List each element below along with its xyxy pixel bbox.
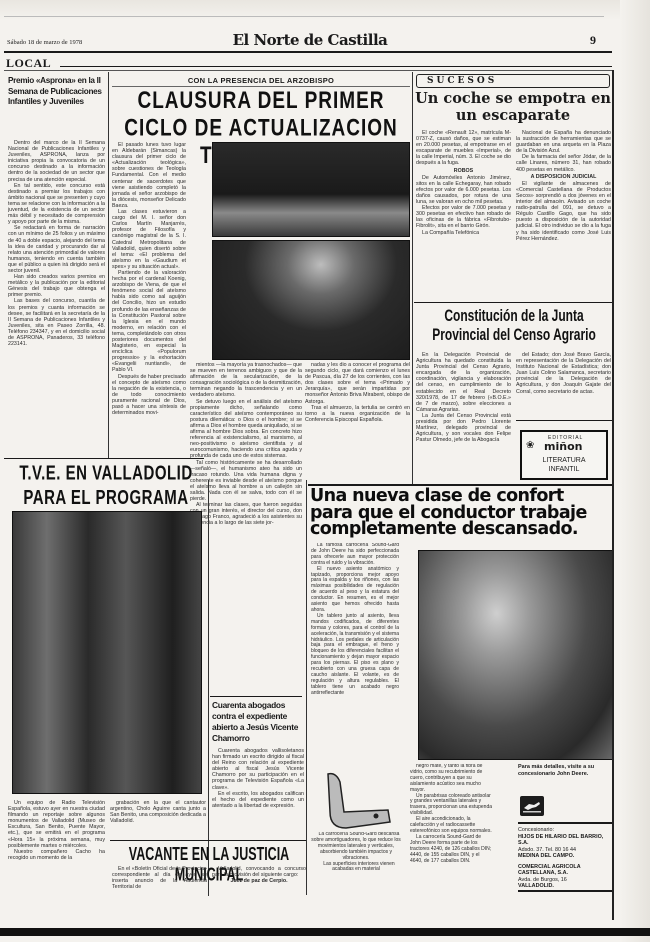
asprona-headline: Premio «Asprona» en la II Semana de Publ… bbox=[8, 76, 106, 108]
vacante-col2: Valladolid, convocando a concurso para l… bbox=[212, 866, 306, 894]
paragraph: La Compañía Telefónica bbox=[416, 230, 511, 236]
section-rule-2 bbox=[4, 70, 612, 71]
paragraph: Se redactará en forma de narración con u… bbox=[8, 225, 105, 274]
johndeere-logo[interactable] bbox=[520, 796, 544, 816]
minon-literatura: LITERATURA bbox=[522, 457, 606, 464]
photo-tve-crew bbox=[12, 511, 202, 794]
paragraph: En la Delegación Provincial de Agricultu… bbox=[416, 352, 511, 413]
paragraph: Las bases del concurso, cuantía de los p… bbox=[8, 298, 105, 347]
paragraph: Partiendo de la valoración hecha por el … bbox=[112, 270, 186, 374]
johndeere-col2: negro mate, y tanto la fibra de vidrio, … bbox=[410, 764, 492, 894]
masthead-date: Sábado 18 de marzo de 1978 bbox=[7, 39, 82, 46]
paragraph: Nacional de España ha denunciado la sust… bbox=[516, 130, 611, 154]
vacante-col1: En el «Boletín Oficial de la Provincia» … bbox=[112, 866, 207, 894]
column-rule bbox=[208, 480, 209, 896]
section-label: LOCAL bbox=[6, 56, 51, 71]
column-rule bbox=[306, 480, 307, 895]
minon-infantil: INFANTIL bbox=[522, 466, 606, 473]
dealer-rule-bottom bbox=[518, 890, 612, 892]
clausura-col2: mientos —la mayoría ya trasnochados— que… bbox=[190, 362, 302, 644]
dealers-block: Concesionario: HIJOS DE HILARIO DEL BARR… bbox=[518, 827, 612, 890]
junta-col2: del Estado; don José Bravo García, en re… bbox=[516, 352, 611, 412]
masthead-title: El Norte de Castilla bbox=[225, 31, 395, 49]
paragraph: En tal sentido, este concurso está desti… bbox=[8, 183, 105, 226]
dealer2-name: COMERCIAL AGRICOLA CASTELLANA, S.A. bbox=[518, 864, 612, 877]
section-rule bbox=[60, 66, 612, 67]
paragraph: Han sido creados varios premios en metál… bbox=[8, 274, 105, 298]
paragraph: Después de haber precisado el concepto d… bbox=[112, 374, 186, 417]
paragraph: En el «Boletín Oficial de la Provincia» … bbox=[112, 866, 207, 890]
newspaper-page: Sábado 18 de marzo de 1978 El Norte de C… bbox=[0, 0, 650, 942]
column-rule bbox=[412, 72, 413, 484]
paragraph: Un tablero junto al asiento, lleva mando… bbox=[311, 614, 399, 697]
section-rule bbox=[210, 696, 302, 697]
paragraph: Un parabrisas coloreado antisolar y gran… bbox=[410, 794, 492, 818]
johndeere-col1: La famosa carrocería Sound-Gard de John … bbox=[311, 543, 399, 768]
paragraph: grabación en la que el cantautor argenti… bbox=[110, 800, 206, 824]
photo-archbishop-table bbox=[212, 142, 410, 237]
paragraph: De Automóviles Antonio Jiménez, sitos en… bbox=[416, 175, 511, 205]
paragraph: En el escrito, los abogados califican el… bbox=[212, 791, 304, 809]
paragraph: mientos —la mayoría ya trasnochados— que… bbox=[190, 362, 302, 399]
section-rule bbox=[4, 458, 204, 459]
deer-icon bbox=[520, 796, 544, 816]
paragraph: El coche «Renault 12», matrícula M-0737-… bbox=[416, 130, 511, 167]
paragraph: Dentro del marco de la II Semana Naciona… bbox=[8, 140, 105, 183]
paragraph: Tal como históricamente se ha desarrolla… bbox=[190, 460, 302, 503]
photo-tractor-cab bbox=[418, 550, 614, 760]
sucesos-headline: Un coche se empotra en un escaparate bbox=[414, 90, 612, 124]
dealer-rule bbox=[518, 822, 612, 824]
paragraph: El vigilante de almacenes de «Comercial … bbox=[516, 181, 611, 242]
sucesos-box: SUCESOS bbox=[416, 74, 610, 88]
paragraph: negro mate, y tanto la fibra de vidrio, … bbox=[410, 764, 492, 794]
page-bottom-rule bbox=[0, 928, 650, 936]
paragraph: El aire acondicionado, la calefacción y … bbox=[410, 817, 492, 835]
paragraph: Al terminar las clases, que fueron segui… bbox=[190, 502, 302, 526]
paragraph: Un equipo de Radio Televisión Española, … bbox=[8, 800, 105, 849]
photo-audience bbox=[212, 240, 410, 360]
asprona-body: Dentro del marco de la II Semana Naciona… bbox=[8, 140, 105, 452]
paragraph: El nuevo asiento anatómico y tapizado, p… bbox=[311, 567, 399, 614]
scan-line bbox=[4, 16, 604, 17]
paragraph: Efectos por valor de 7.000 pesetas y 300… bbox=[416, 205, 511, 229]
paragraph: Tras el almuerzo, la tertulia se centró … bbox=[305, 405, 410, 423]
column-rule bbox=[108, 72, 109, 458]
tve-col1: Un equipo de Radio Televisión Española, … bbox=[8, 800, 105, 895]
paragraph: del Estado; don José Bravo García, en re… bbox=[516, 352, 611, 395]
disposicion-heading: A DISPOSICION JUDICIAL bbox=[516, 174, 611, 180]
masthead-rule bbox=[4, 51, 612, 53]
johndeere-contact-line: Para más detalles, visite a su concesion… bbox=[518, 764, 612, 777]
abogados-body: Cuarenta abogados vallisoletanos han fir… bbox=[212, 748, 304, 836]
abogados-headline: Cuarenta abogados contra el expediente a… bbox=[212, 700, 302, 744]
paragraph: La Junta del Censo Provincial está presi… bbox=[416, 413, 511, 443]
dealer1-name: HIJOS DE HILARIO DEL BARRIO, S.A. bbox=[518, 834, 612, 847]
scan-edge bbox=[0, 0, 650, 20]
paragraph: La carrocería Sound-Gard de John Deere f… bbox=[410, 835, 492, 865]
clausura-col1: El pasado lunes tuvo lugar en Aldebarán … bbox=[112, 142, 186, 454]
paragraph: Valladolid, convocando a concurso para l… bbox=[212, 866, 306, 878]
paragraph: nadas y les dio a conocer el programa de… bbox=[305, 362, 410, 405]
page-edge bbox=[620, 0, 650, 942]
tve-col2: grabación en la que el cantautor argenti… bbox=[110, 800, 206, 845]
minon-ad[interactable]: ❀ EDITORIAL miñon LITERATURA INFANTIL bbox=[520, 430, 608, 480]
seat-caption: La carrocería Sound-Gard descansa sobre … bbox=[311, 832, 401, 892]
page-border-right bbox=[612, 70, 614, 920]
paragraph: Nuestro compañero Cacho ha recogido un m… bbox=[8, 849, 105, 861]
junta-col1: En la Delegación Provincial de Agricultu… bbox=[416, 352, 511, 482]
minon-brand: miñon bbox=[544, 440, 582, 453]
seat-illustration-icon bbox=[318, 772, 398, 832]
section-rule bbox=[414, 302, 612, 303]
paragraph: La carrocería Sound-Gard descansa sobre … bbox=[311, 832, 401, 862]
vacante-cargo: Juez de paz de Cerpio. bbox=[212, 878, 306, 884]
paragraph: Las clases estuvieron a cargo del M. I. … bbox=[112, 209, 186, 270]
minon-logo-icon: ❀ bbox=[526, 440, 534, 451]
johndeere-headline: Una nueva clase de confort para que el c… bbox=[310, 488, 610, 538]
clausura-kicker: CON LA PRESENCIA DEL ARZOBISPO bbox=[112, 76, 410, 85]
paragraph: De la farmacia del señor Jódar, de la ca… bbox=[516, 154, 611, 172]
junta-headline: Constitución de la Junta Provincial del … bbox=[416, 306, 612, 344]
robos-heading: ROBOS bbox=[416, 168, 511, 174]
sucesos-label: SUCESOS bbox=[427, 76, 497, 86]
ad-rule bbox=[516, 420, 612, 421]
clausura-col3: nadas y les dio a conocer el programa de… bbox=[305, 362, 410, 482]
dealer2-city: VALLADOLID. bbox=[518, 883, 612, 890]
paragraph: El pasado lunes tuvo lugar en Aldebarán … bbox=[112, 142, 186, 209]
paragraph: Se detuvo luego en el análisis del ateís… bbox=[190, 399, 302, 460]
paragraph: La famosa carrocería Sound-Gard de John … bbox=[311, 543, 399, 567]
paragraph: Cuarenta abogados vallisoletanos han fir… bbox=[212, 748, 304, 791]
paragraph: Las superficies interiores vienen acabad… bbox=[311, 862, 401, 874]
section-rule bbox=[110, 840, 306, 841]
kicker-rule bbox=[112, 86, 410, 87]
page-number: 9 bbox=[590, 33, 596, 48]
